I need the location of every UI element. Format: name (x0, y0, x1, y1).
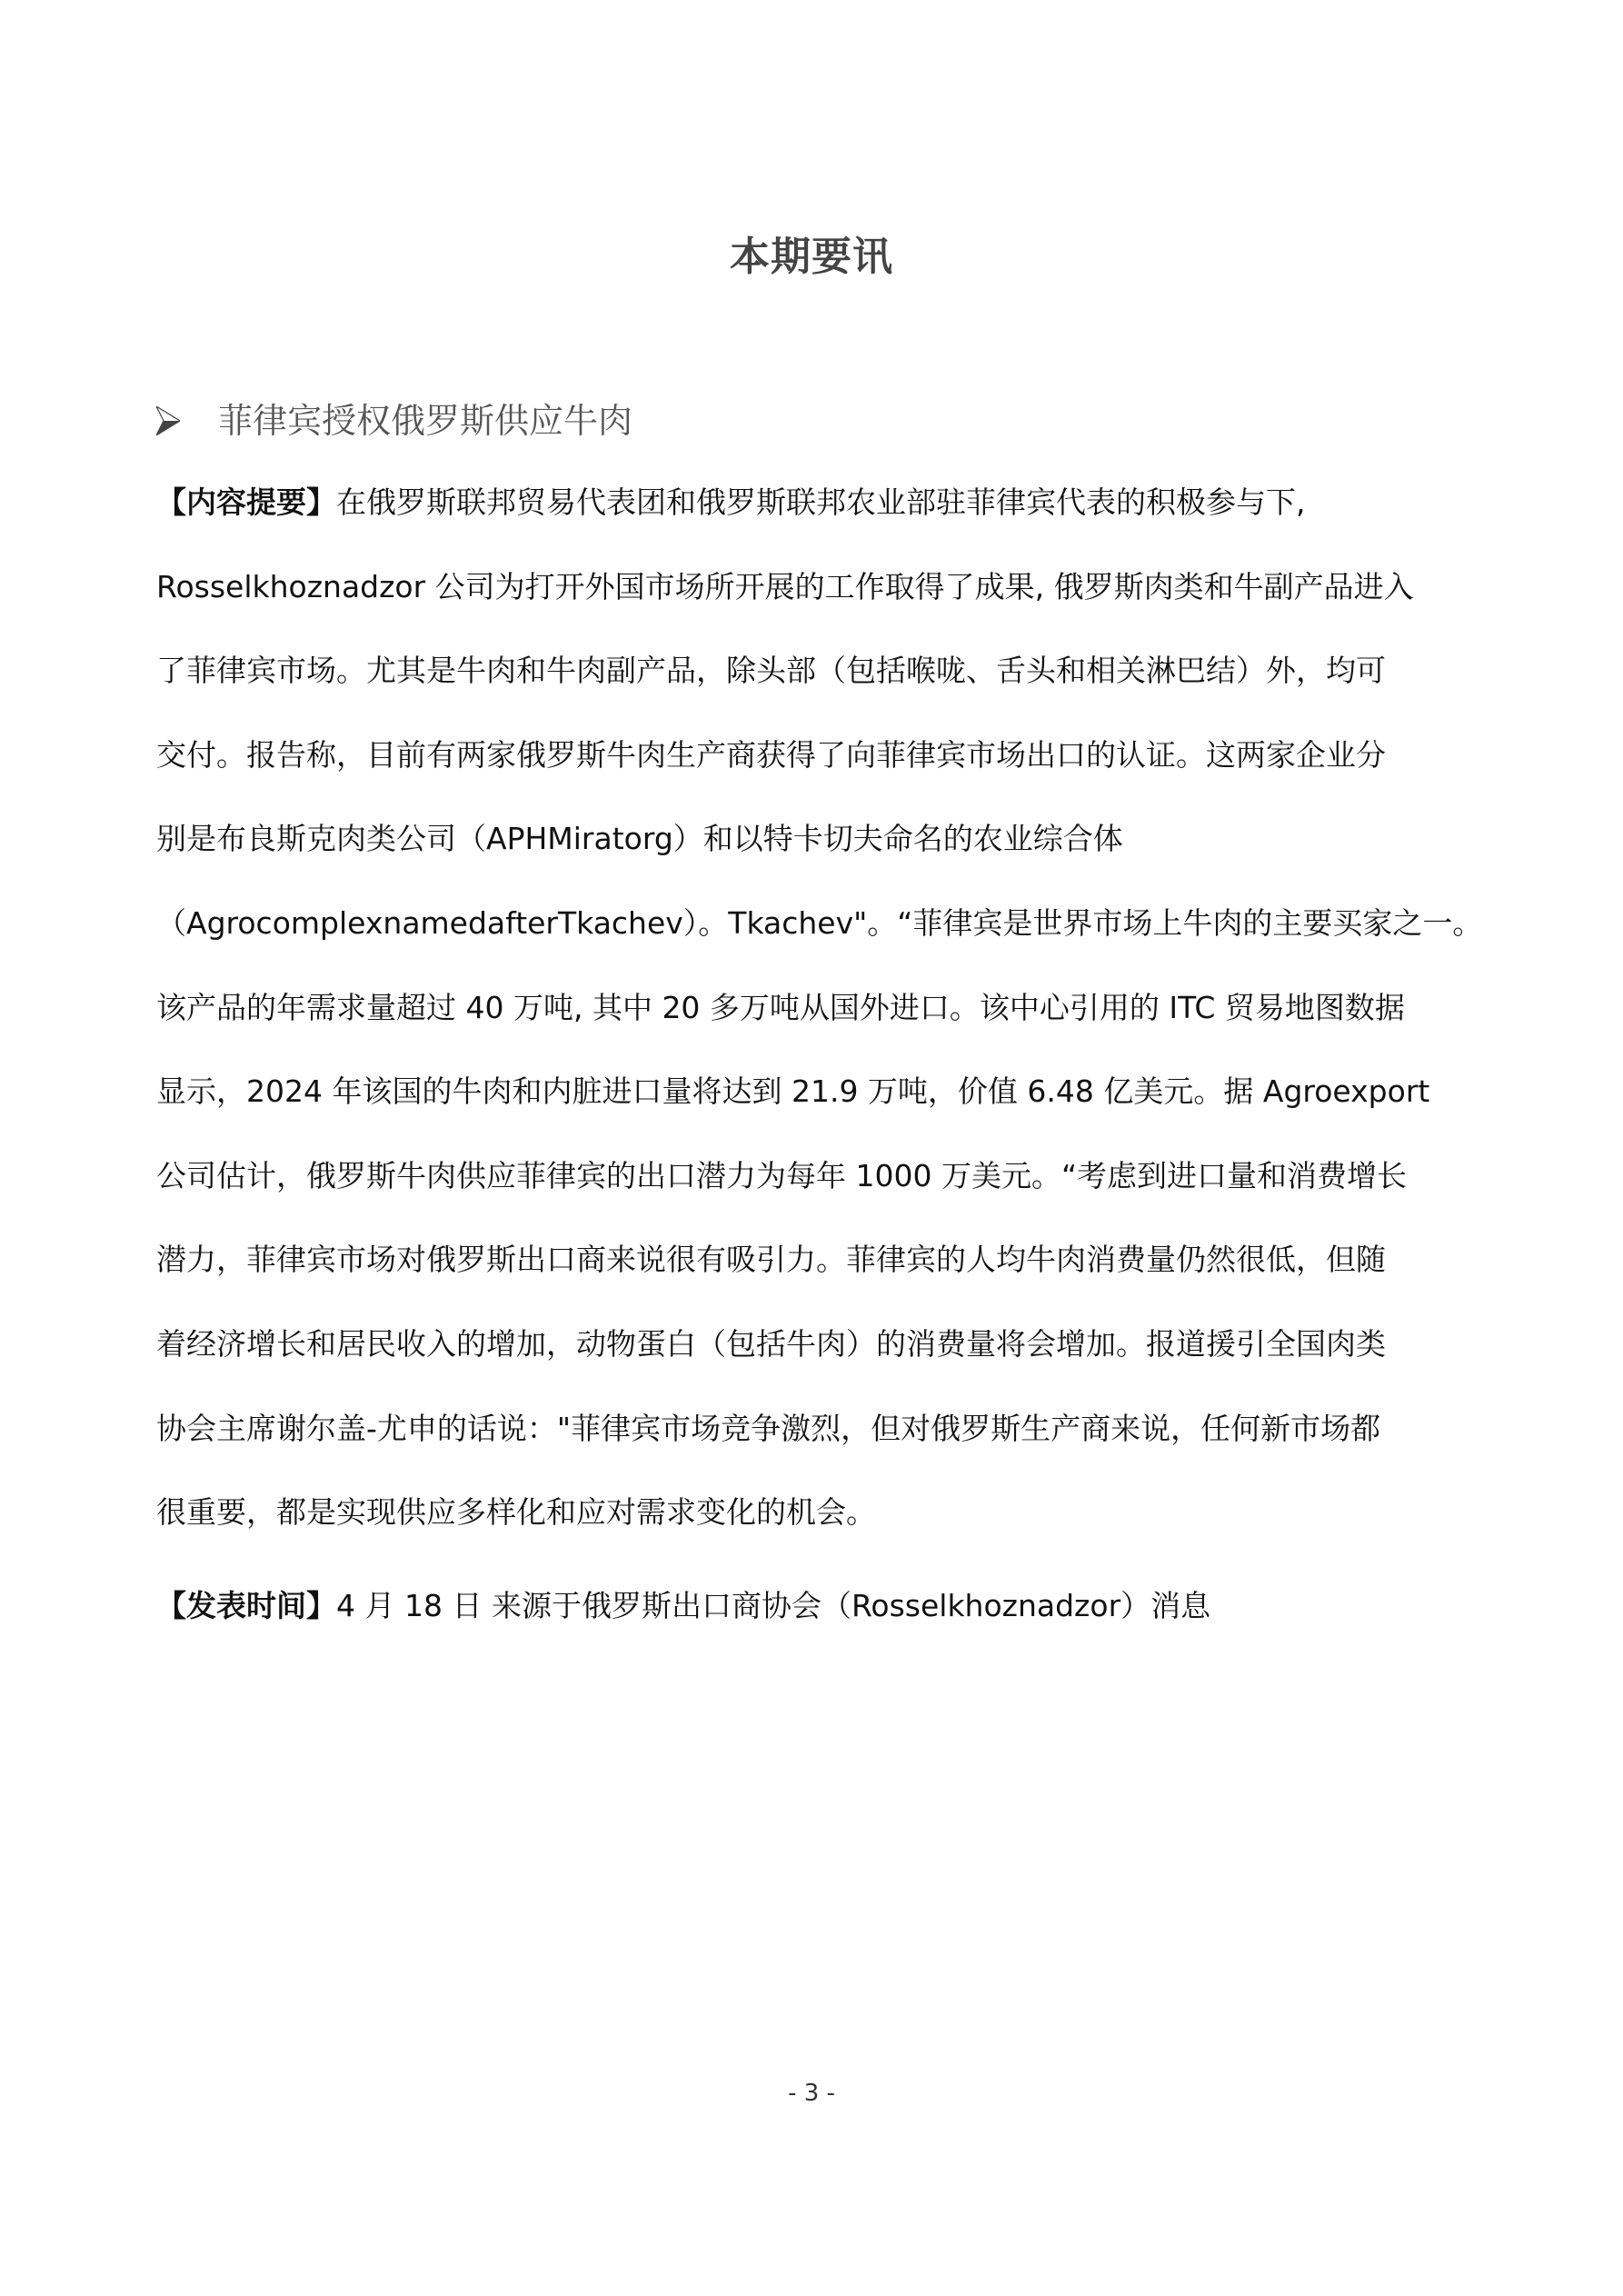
published-label: 【发表时间】 (156, 1588, 336, 1623)
summary-line: 显示，2024 年该国的牛肉和内脏进口量将达到 21.9 万吨，价值 6.48 … (156, 1069, 1476, 1153)
published-info: 【发表时间】4 月 18 日 来源于俄罗斯出口商协会（Rosselkhoznad… (156, 1583, 1210, 1629)
summary-line: 公司估计，俄罗斯牛肉供应菲律宾的出口潜力为每年 1000 万美元。“考虑到进口量… (156, 1153, 1476, 1238)
summary-line: 该产品的年需求量超过 40 万吨, 其中 20 多万吨从国外进口。该中心引用的 … (156, 985, 1476, 1070)
page-title: 本期要讯 (0, 224, 1623, 282)
summary-line: 别是布良斯克肉类公司（APHMiratorg）和以特卡切夫命名的农业综合体 (156, 816, 1476, 901)
article-heading-text: 菲律宾授权俄罗斯供应牛肉 (218, 393, 632, 443)
summary-line: 【内容提要】在俄罗斯联邦贸易代表团和俄罗斯联邦农业部驻菲律宾代表的积极参与下, (156, 480, 1476, 564)
summary-line: 了菲律宾市场。尤其是牛肉和牛肉副产品，除头部（包括喉咙、舌头和相关淋巴结）外，均… (156, 648, 1476, 733)
summary-line: （AgrocomplexnamedafterTkachev）。Tkachev"。… (156, 901, 1476, 985)
summary-line: 着经济增长和居民收入的增加，动物蛋白（包括牛肉）的消费量将会增加。报道援引全国肉… (156, 1322, 1476, 1406)
summary-line: 交付。报告称，目前有两家俄罗斯牛肉生产商获得了向菲律宾市场出口的认证。这两家企业… (156, 733, 1476, 817)
summary-line: Rosselkhoznadzor 公司为打开外国市场所开展的工作取得了成果, 俄… (156, 564, 1476, 649)
article-summary: 【内容提要】在俄罗斯联邦贸易代表团和俄罗斯联邦农业部驻菲律宾代表的积极参与下, … (156, 480, 1476, 1574)
article-heading: 菲律宾授权俄罗斯供应牛肉 (156, 393, 632, 443)
page-number: - 3 - (0, 2080, 1623, 2107)
published-text: 4 月 18 日 来源于俄罗斯出口商协会（Rosselkhoznadzor）消息 (336, 1588, 1210, 1623)
summary-line: 很重要，都是实现供应多样化和应对需求变化的机会。 (156, 1490, 1476, 1574)
arrow-bullet-icon (156, 404, 180, 433)
summary-label: 【内容提要】 (156, 484, 336, 520)
summary-line: 协会主席谢尔盖-尤申的话说："菲律宾市场竞争激烈，但对俄罗斯生产商来说，任何新市… (156, 1406, 1476, 1491)
summary-line: 潜力，菲律宾市场对俄罗斯出口商来说很有吸引力。菲律宾的人均牛肉消费量仍然很低，但… (156, 1237, 1476, 1322)
